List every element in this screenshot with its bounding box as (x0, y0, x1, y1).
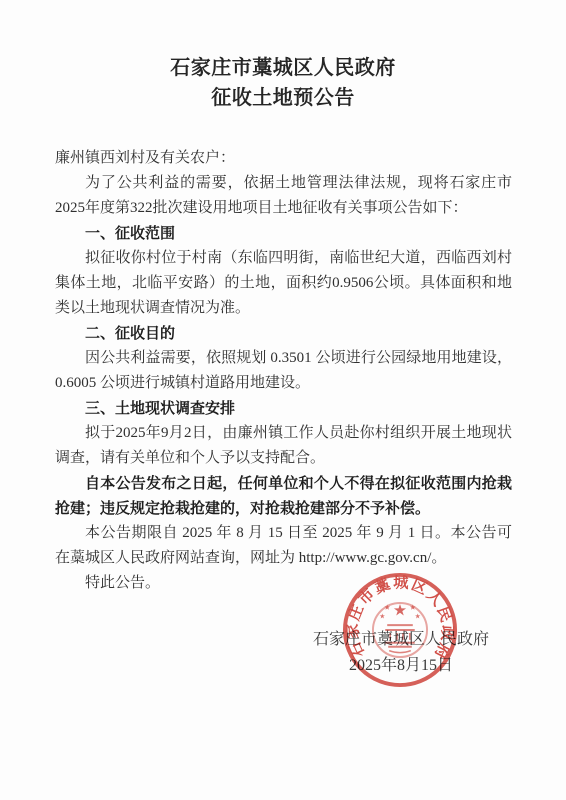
announcement-page: 石家庄市藁城区人民政府 征收土地预公告 廉州镇西刘村及有关农户： 为了公共利益的… (0, 0, 566, 800)
national-emblem-icon (373, 603, 427, 657)
warning-paragraph: 自本公告发布之日起，任何单位和个人不得在拟征收范围内抢栽抢建；违反规定抢栽抢建的… (55, 471, 512, 521)
official-seal-stamp: 石家庄市藁城区人民政府 (341, 571, 459, 689)
section-2-heading: 二、征收目的 (55, 321, 512, 346)
section-2-paragraph: 因公共利益需要，依照规划 0.3501 公顷进行公园绿地用地建设，0.6005 … (55, 346, 512, 396)
title-line-2: 征收土地预公告 (0, 83, 566, 113)
intro-paragraph: 为了公共利益的需要，依据土地管理法律法规，现将石家庄市2025年度第322批次建… (55, 171, 512, 221)
section-3-heading: 三、土地现状调查安排 (55, 396, 512, 421)
salutation: 廉州镇西刘村及有关农户： (55, 146, 512, 171)
title-line-1: 石家庄市藁城区人民政府 (0, 53, 566, 83)
document-title: 石家庄市藁城区人民政府 征收土地预公告 (0, 53, 566, 113)
section-3-paragraph: 拟于2025年9月2日，由廉州镇工作人员赴你村组织开展土地现状调查，请有关单位和… (55, 421, 512, 471)
notice-period-paragraph: 本公告期限自 2025 年 8 月 15 日至 2025 年 9 月 1 日。本… (55, 521, 512, 571)
section-1-paragraph: 拟征收你村位于村南（东临四明街，南临世纪大道，西临西刘村集体土地，北临平安路）的… (55, 246, 512, 321)
seal-ring-text: 石家庄市藁城区人民政府 (344, 574, 457, 663)
document-body: 廉州镇西刘村及有关农户： 为了公共利益的需要，依据土地管理法律法规，现将石家庄市… (55, 146, 512, 596)
section-1-heading: 一、征收范围 (55, 221, 512, 246)
